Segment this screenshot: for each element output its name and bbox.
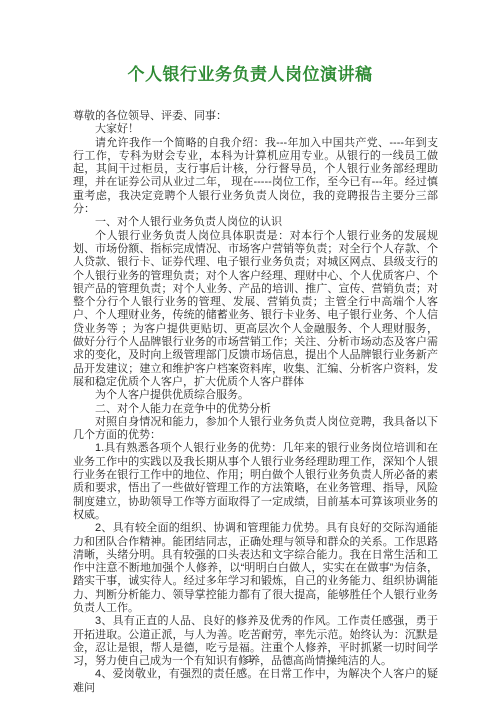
paragraph: 一、对个人银行业务负责人岗位的认识: [73, 216, 438, 229]
page-number: 1: [0, 654, 500, 666]
paragraph: 大家好！: [73, 123, 438, 136]
paragraph: 4、爱岗敬业，有强烈的责任感。在日常工作中，为解决个人客户的疑难问: [73, 668, 438, 695]
document-title: 个人银行业务负责人岗位演讲稿: [0, 0, 500, 86]
paragraph: 2、具有较全面的组织、协调和管理能力优势。具有良好的交际沟通能力和团队合作精神。…: [73, 522, 438, 615]
paragraph: 对照自身情况和能力，参加个人银行业务负责人岗位竞聘，我具备以下几个方面的优势：: [73, 416, 438, 443]
document-page: 个人银行业务负责人岗位演讲稿 尊敬的各位领导、评委、同事：大家好！请允许我作一个…: [0, 0, 500, 707]
paragraph: 尊敬的各位领导、评委、同事：: [73, 110, 438, 123]
paragraph: 请允许我作一个简略的自我介绍：我---年加入中国共产党、----年到支行工作，专…: [73, 137, 438, 217]
paragraph: 1.具有熟悉各项个人银行业务的优势：几年来的银行业务岗位培训和在业务工作中的实践…: [73, 442, 438, 522]
paragraph: 二、对个人能力在竞争中的优势分析: [73, 403, 438, 416]
document-body: 尊敬的各位领导、评委、同事：大家好！请允许我作一个简略的自我介绍：我---年加入…: [73, 110, 438, 695]
paragraph: 个人银行业务负责人岗位具体职责是：对本行个人银行业务的发展规划、市场份额、指标完…: [73, 230, 438, 390]
paragraph: 为个人客户提供优质综合服务。: [73, 389, 438, 402]
